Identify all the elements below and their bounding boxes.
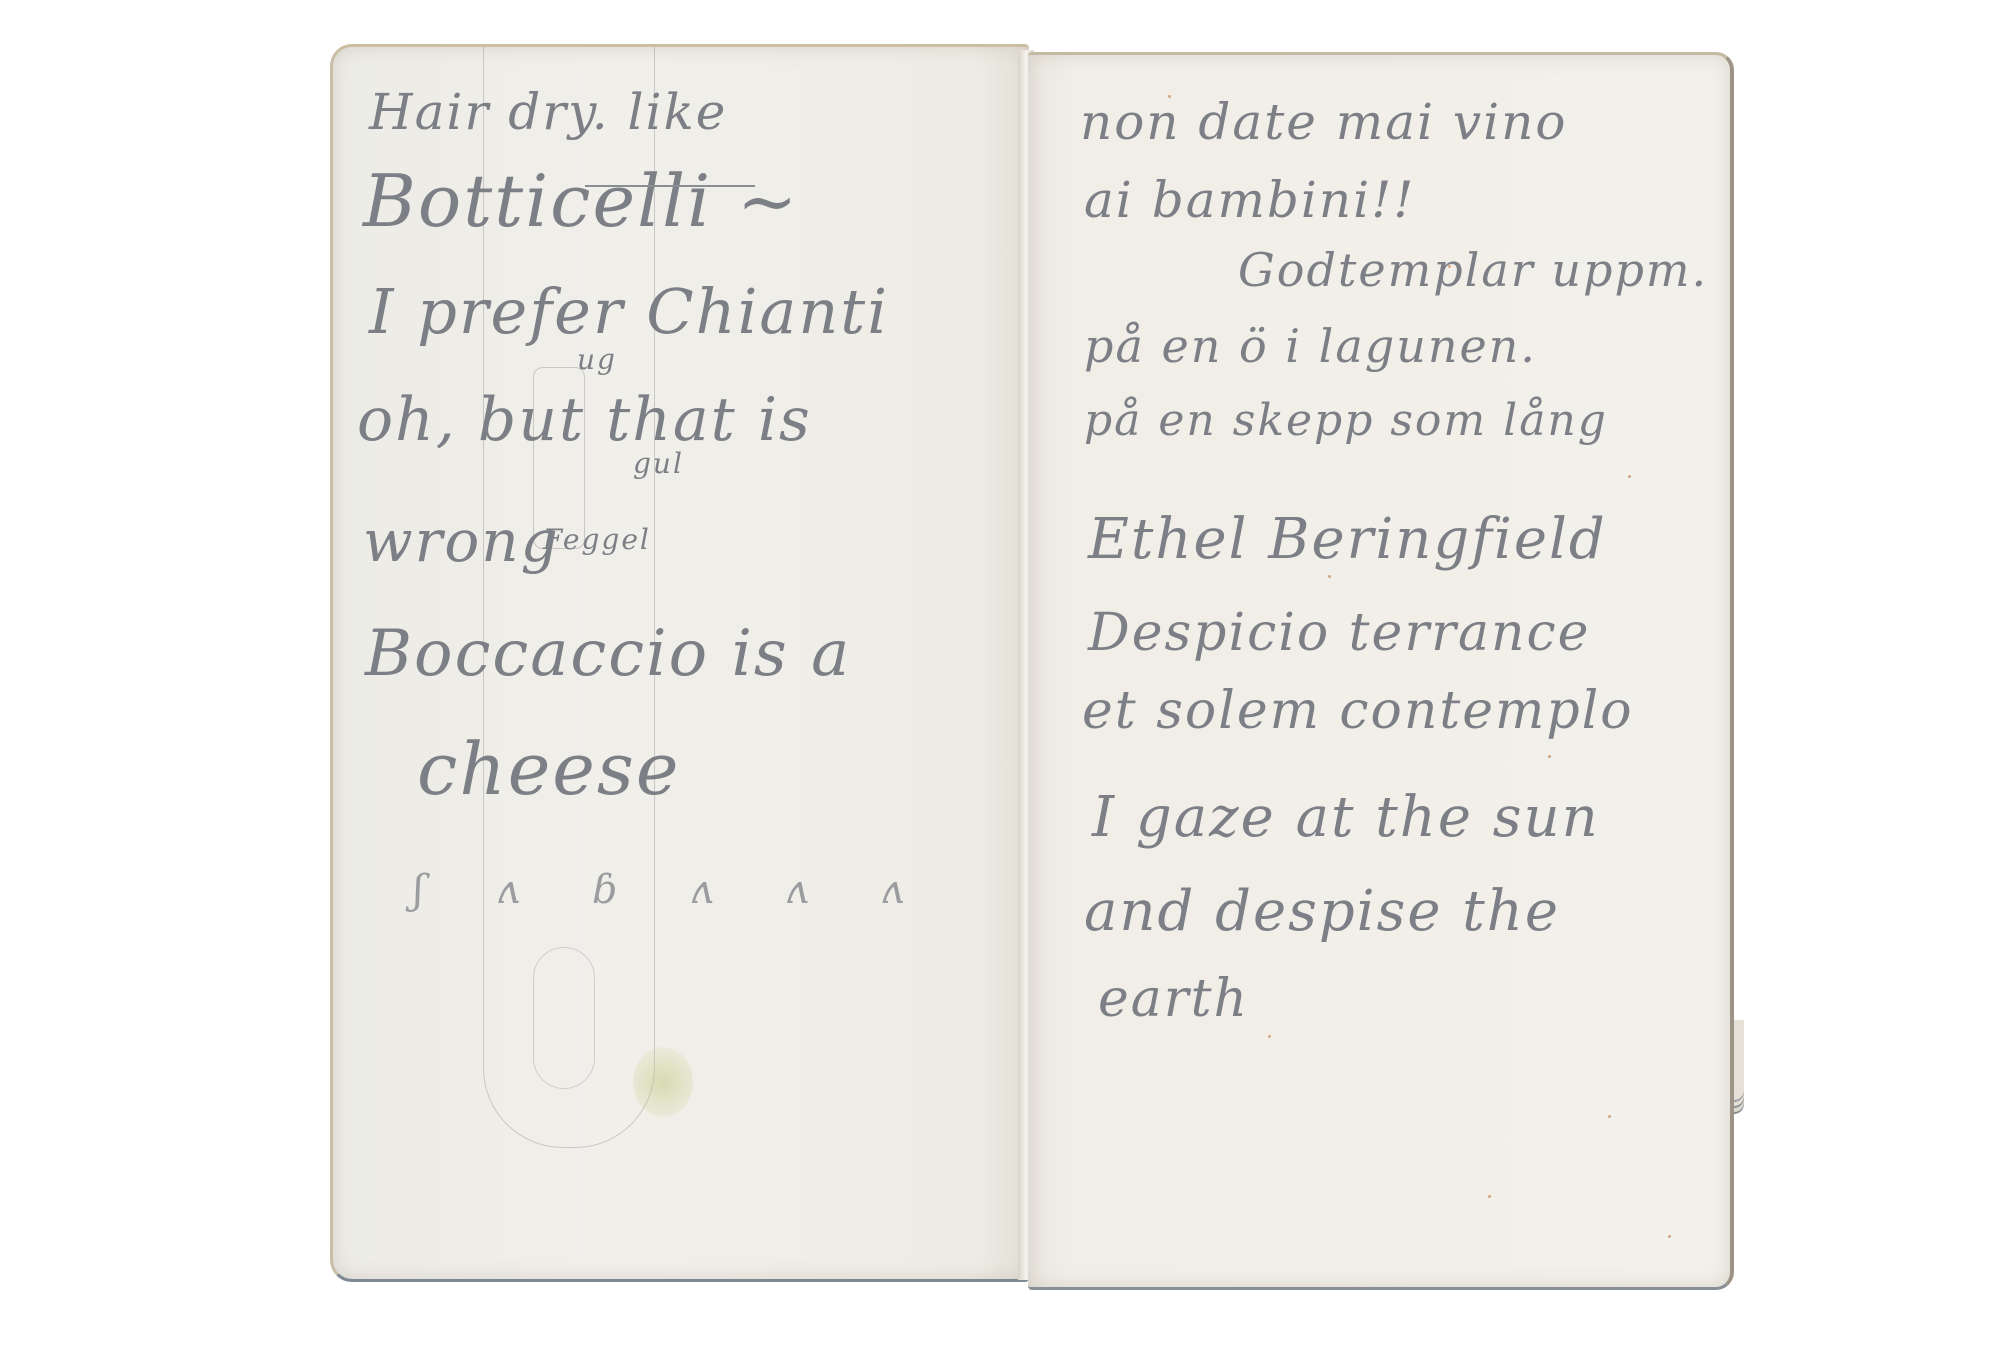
notebook: Hair dry. like Botticelli ~ I prefer Chi…	[0, 0, 2000, 1356]
right-line-10: and despise the	[1084, 879, 1560, 944]
right-line-9: I gaze at the sun	[1092, 785, 1600, 850]
right-line-2: ai bambini!!	[1084, 171, 1415, 229]
foxing-speck	[1668, 1235, 1671, 1238]
foot-sketch	[533, 947, 595, 1089]
right-line-11: earth	[1098, 969, 1249, 1029]
bottle-sketch	[533, 367, 585, 549]
foxing-speck	[1328, 575, 1331, 578]
right-line-1: non date mai vino	[1080, 93, 1567, 151]
foxing-speck	[1548, 755, 1551, 758]
right-line-4: på en ö i lagunen.	[1084, 319, 1537, 373]
left-page: Hair dry. like Botticelli ~ I prefer Chi…	[330, 44, 1029, 1282]
doodle-marks: ʃ ʌ ɓ ʌ ʌ ʌ	[413, 867, 933, 913]
foxing-speck	[1448, 265, 1451, 268]
right-line-5: på en skepp som lång	[1084, 395, 1608, 446]
green-smudge	[633, 1047, 693, 1117]
foxing-speck	[1608, 1115, 1611, 1118]
right-page: non date mai vino ai bambini!! Godtempla…	[1028, 52, 1734, 1290]
right-line-6: Ethel Beringfield	[1088, 507, 1607, 572]
foxing-speck	[1268, 1035, 1271, 1038]
right-line-7: Despicio terrance	[1088, 603, 1590, 663]
right-line-3: Godtemplar uppm.	[1238, 243, 1708, 297]
foxing-speck	[1168, 95, 1171, 98]
right-line-8: et solem contemplo	[1082, 681, 1634, 741]
foxing-speck	[1628, 475, 1631, 478]
foxing-speck	[1488, 1195, 1491, 1198]
